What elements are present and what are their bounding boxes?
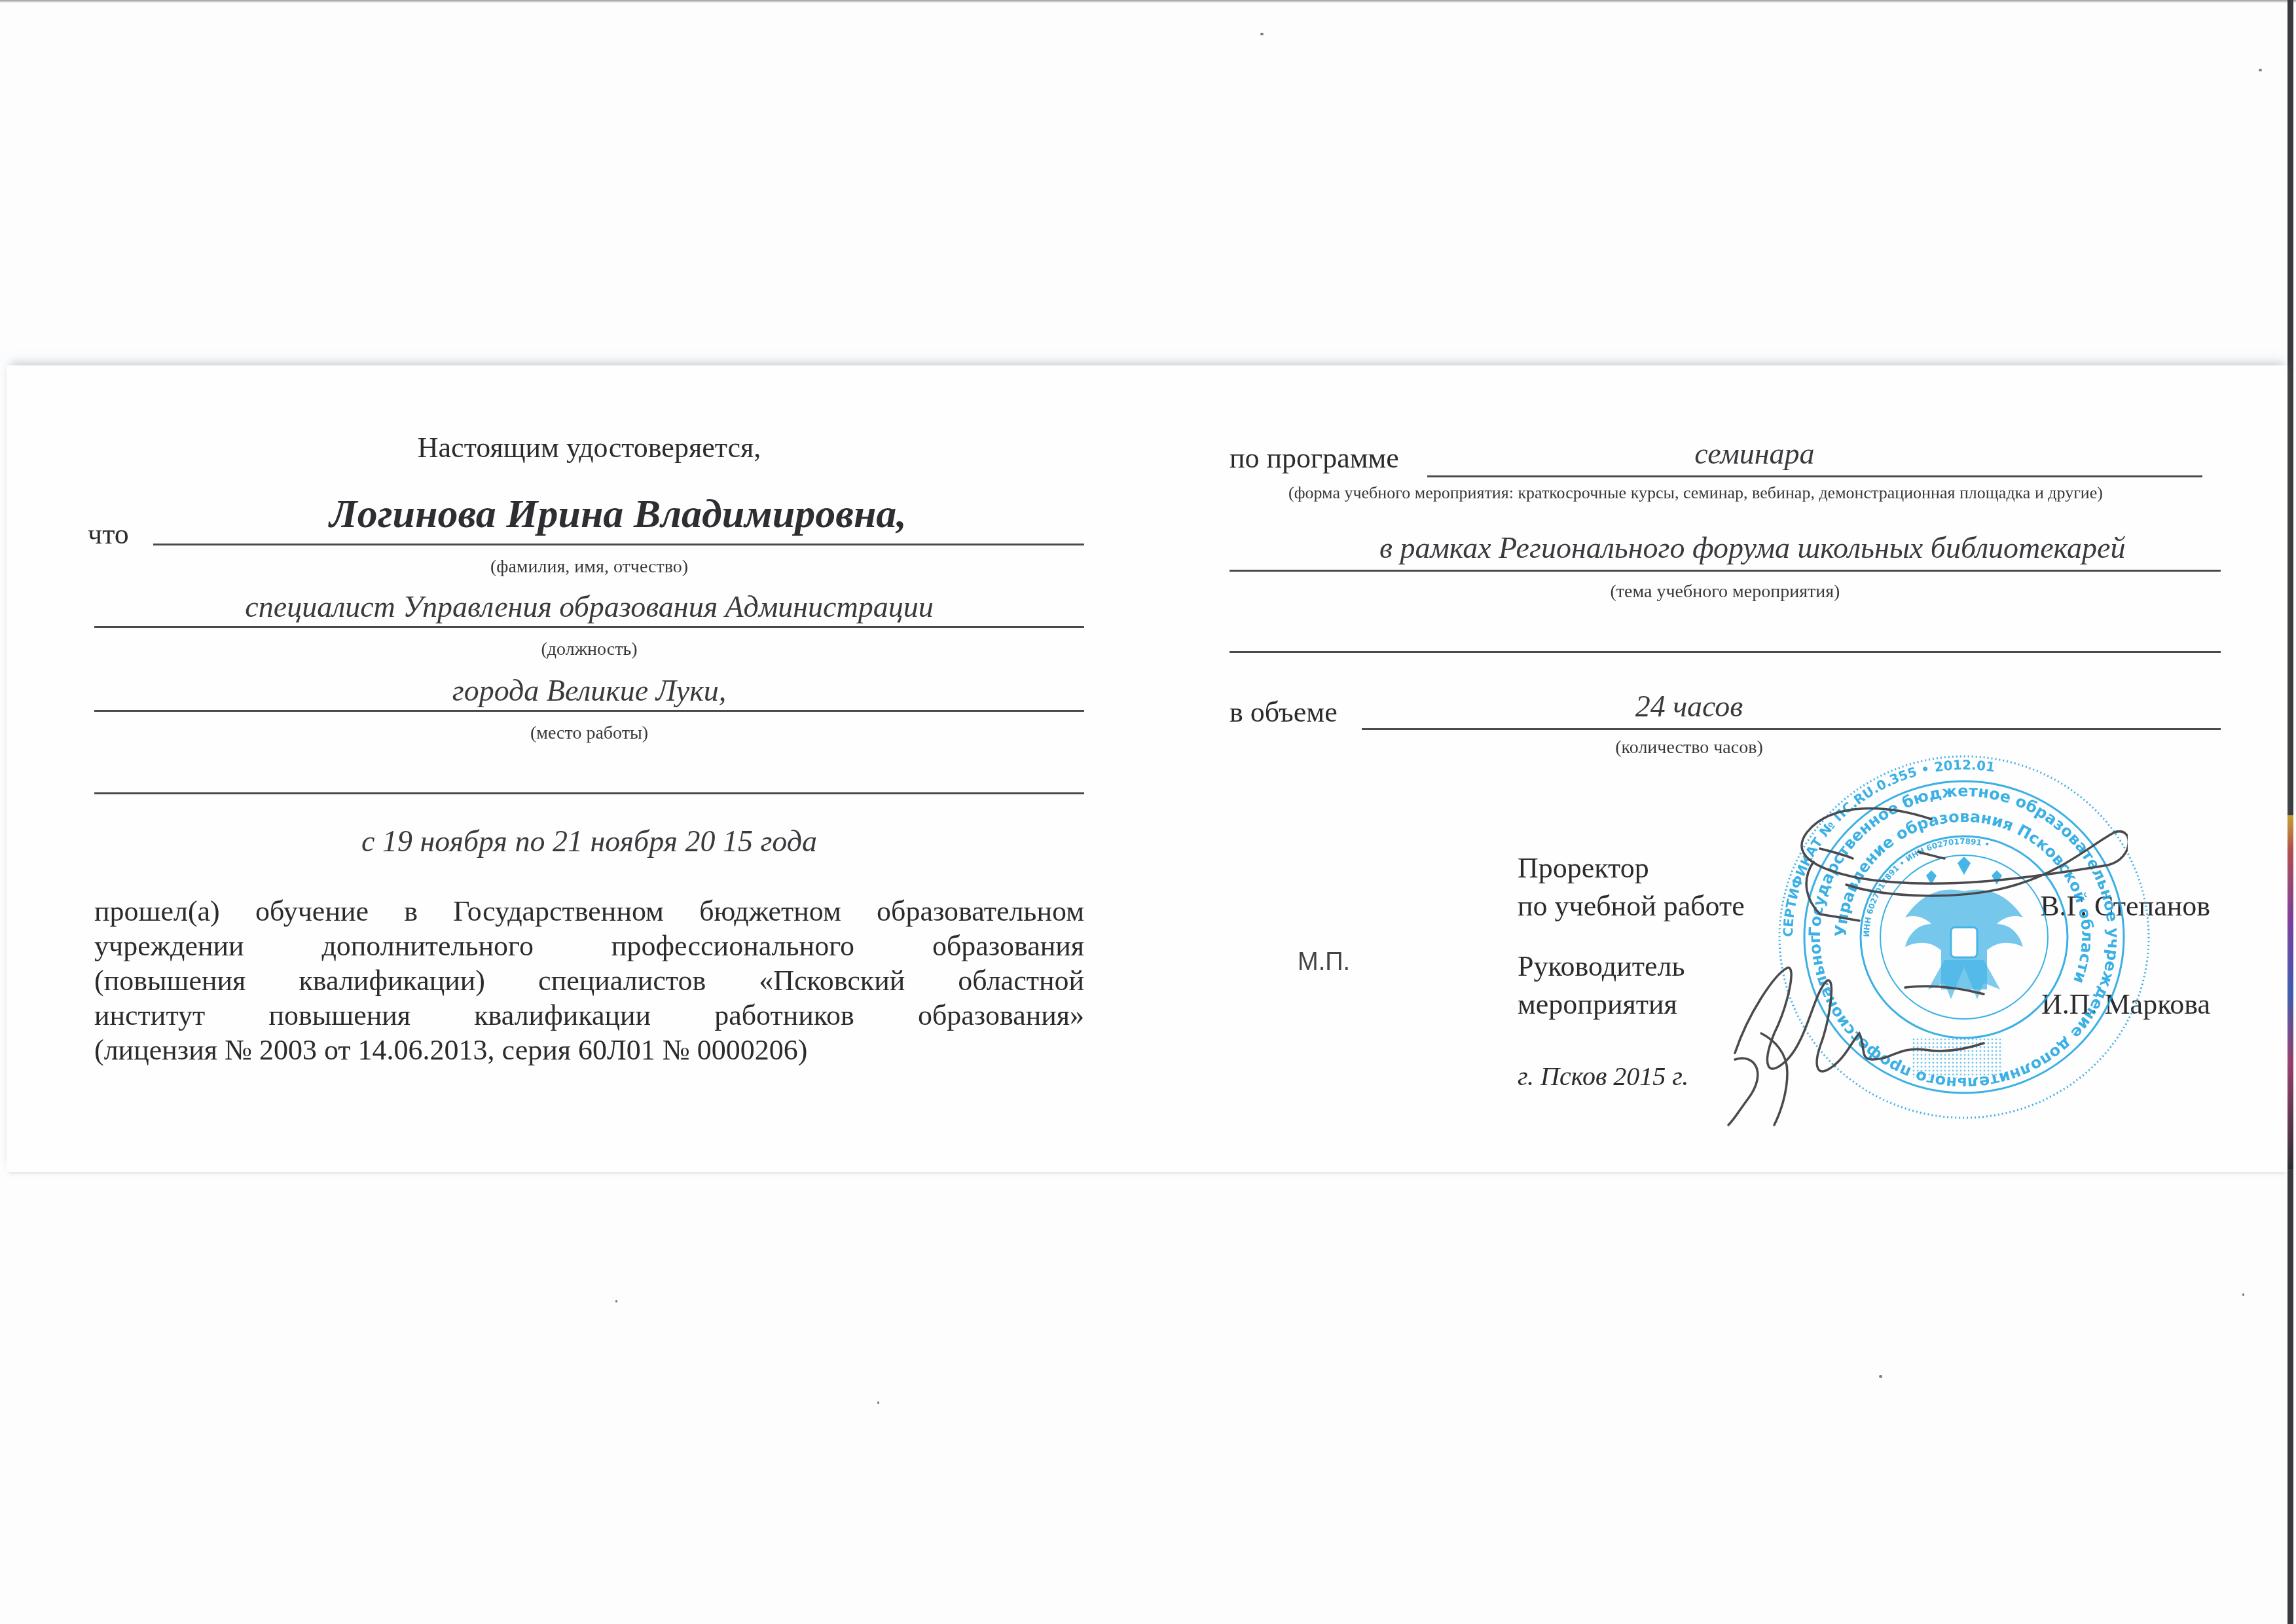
signatory-1-title-line1: Проректор	[1518, 851, 1649, 885]
name-caption: (фамилия, имя, отчество)	[94, 557, 1084, 578]
scan-artifact	[2287, 815, 2293, 1169]
scan-edge-top	[0, 0, 2296, 3]
dust-speck	[2259, 69, 2262, 71]
signatory-1-title-line2: по учебной работе	[1518, 889, 1745, 923]
blank-underline	[94, 792, 1084, 794]
recipient-workplace: города Великие Луки,	[94, 673, 1084, 708]
volume-value: 24 часов	[1362, 689, 2016, 724]
dust-speck	[1879, 1375, 1882, 1378]
volume-underline	[1362, 728, 2221, 730]
position-underline	[94, 626, 1084, 628]
that-label: что	[88, 517, 129, 551]
dust-speck	[2242, 1293, 2244, 1296]
signatory-2-title-line1: Руководитель	[1518, 950, 1685, 983]
name-underline	[153, 544, 1084, 545]
signature-markova	[1709, 935, 2023, 1132]
scan-edge-right	[2287, 0, 2293, 1624]
recipient-name: Логинова Ирина Владимировна,	[153, 491, 1083, 538]
topic-caption: (тема учебного мероприятия)	[1230, 581, 2221, 602]
training-institution-text: прошел(а) обучение в Государственном бюд…	[94, 894, 1084, 1067]
dust-speck	[877, 1401, 879, 1404]
program-value: семинара	[1427, 436, 2082, 471]
body-line: (лицензия № 2003 от 14.06.2013, серия 60…	[94, 1033, 1084, 1067]
training-period: с 19 ноября по 21 ноября 20 15 года	[94, 824, 1084, 858]
recipient-position: специалист Управления образования Админи…	[94, 589, 1084, 624]
volume-label: в объеме	[1230, 695, 1338, 729]
place-year: г. Псков 2015 г.	[1518, 1061, 1688, 1092]
workplace-underline	[94, 710, 1084, 712]
program-caption: (форма учебного мероприятия: краткосрочн…	[1288, 483, 2103, 503]
dust-speck	[1260, 33, 1264, 35]
program-underline	[1427, 475, 2202, 477]
topic-continued-underline	[1230, 651, 2221, 653]
topic-underline	[1230, 570, 2221, 572]
body-line: учреждении дополнительного профессиональ…	[94, 929, 1084, 963]
program-label: по программе	[1230, 441, 1399, 475]
dust-speck	[615, 1300, 617, 1302]
certificate-heading: Настоящим удостоверяется,	[94, 431, 1084, 464]
signatory-2-title-line2: мероприятия	[1518, 987, 1677, 1021]
body-line: институт повышения квалификации работник…	[94, 998, 1084, 1033]
position-caption: (должность)	[94, 639, 1084, 660]
body-line: прошел(а) обучение в Государственном бюд…	[94, 894, 1084, 929]
seal-placeholder-label: М.П.	[1298, 948, 1350, 976]
body-line: (повышения квалификации) специалистов «П…	[94, 963, 1084, 998]
certificate-sheet: Настоящим удостоверяется, что Логинова И…	[7, 365, 2287, 1172]
topic-value: в рамках Регионального форума школьных б…	[1379, 530, 2125, 565]
workplace-caption: (место работы)	[94, 723, 1084, 744]
